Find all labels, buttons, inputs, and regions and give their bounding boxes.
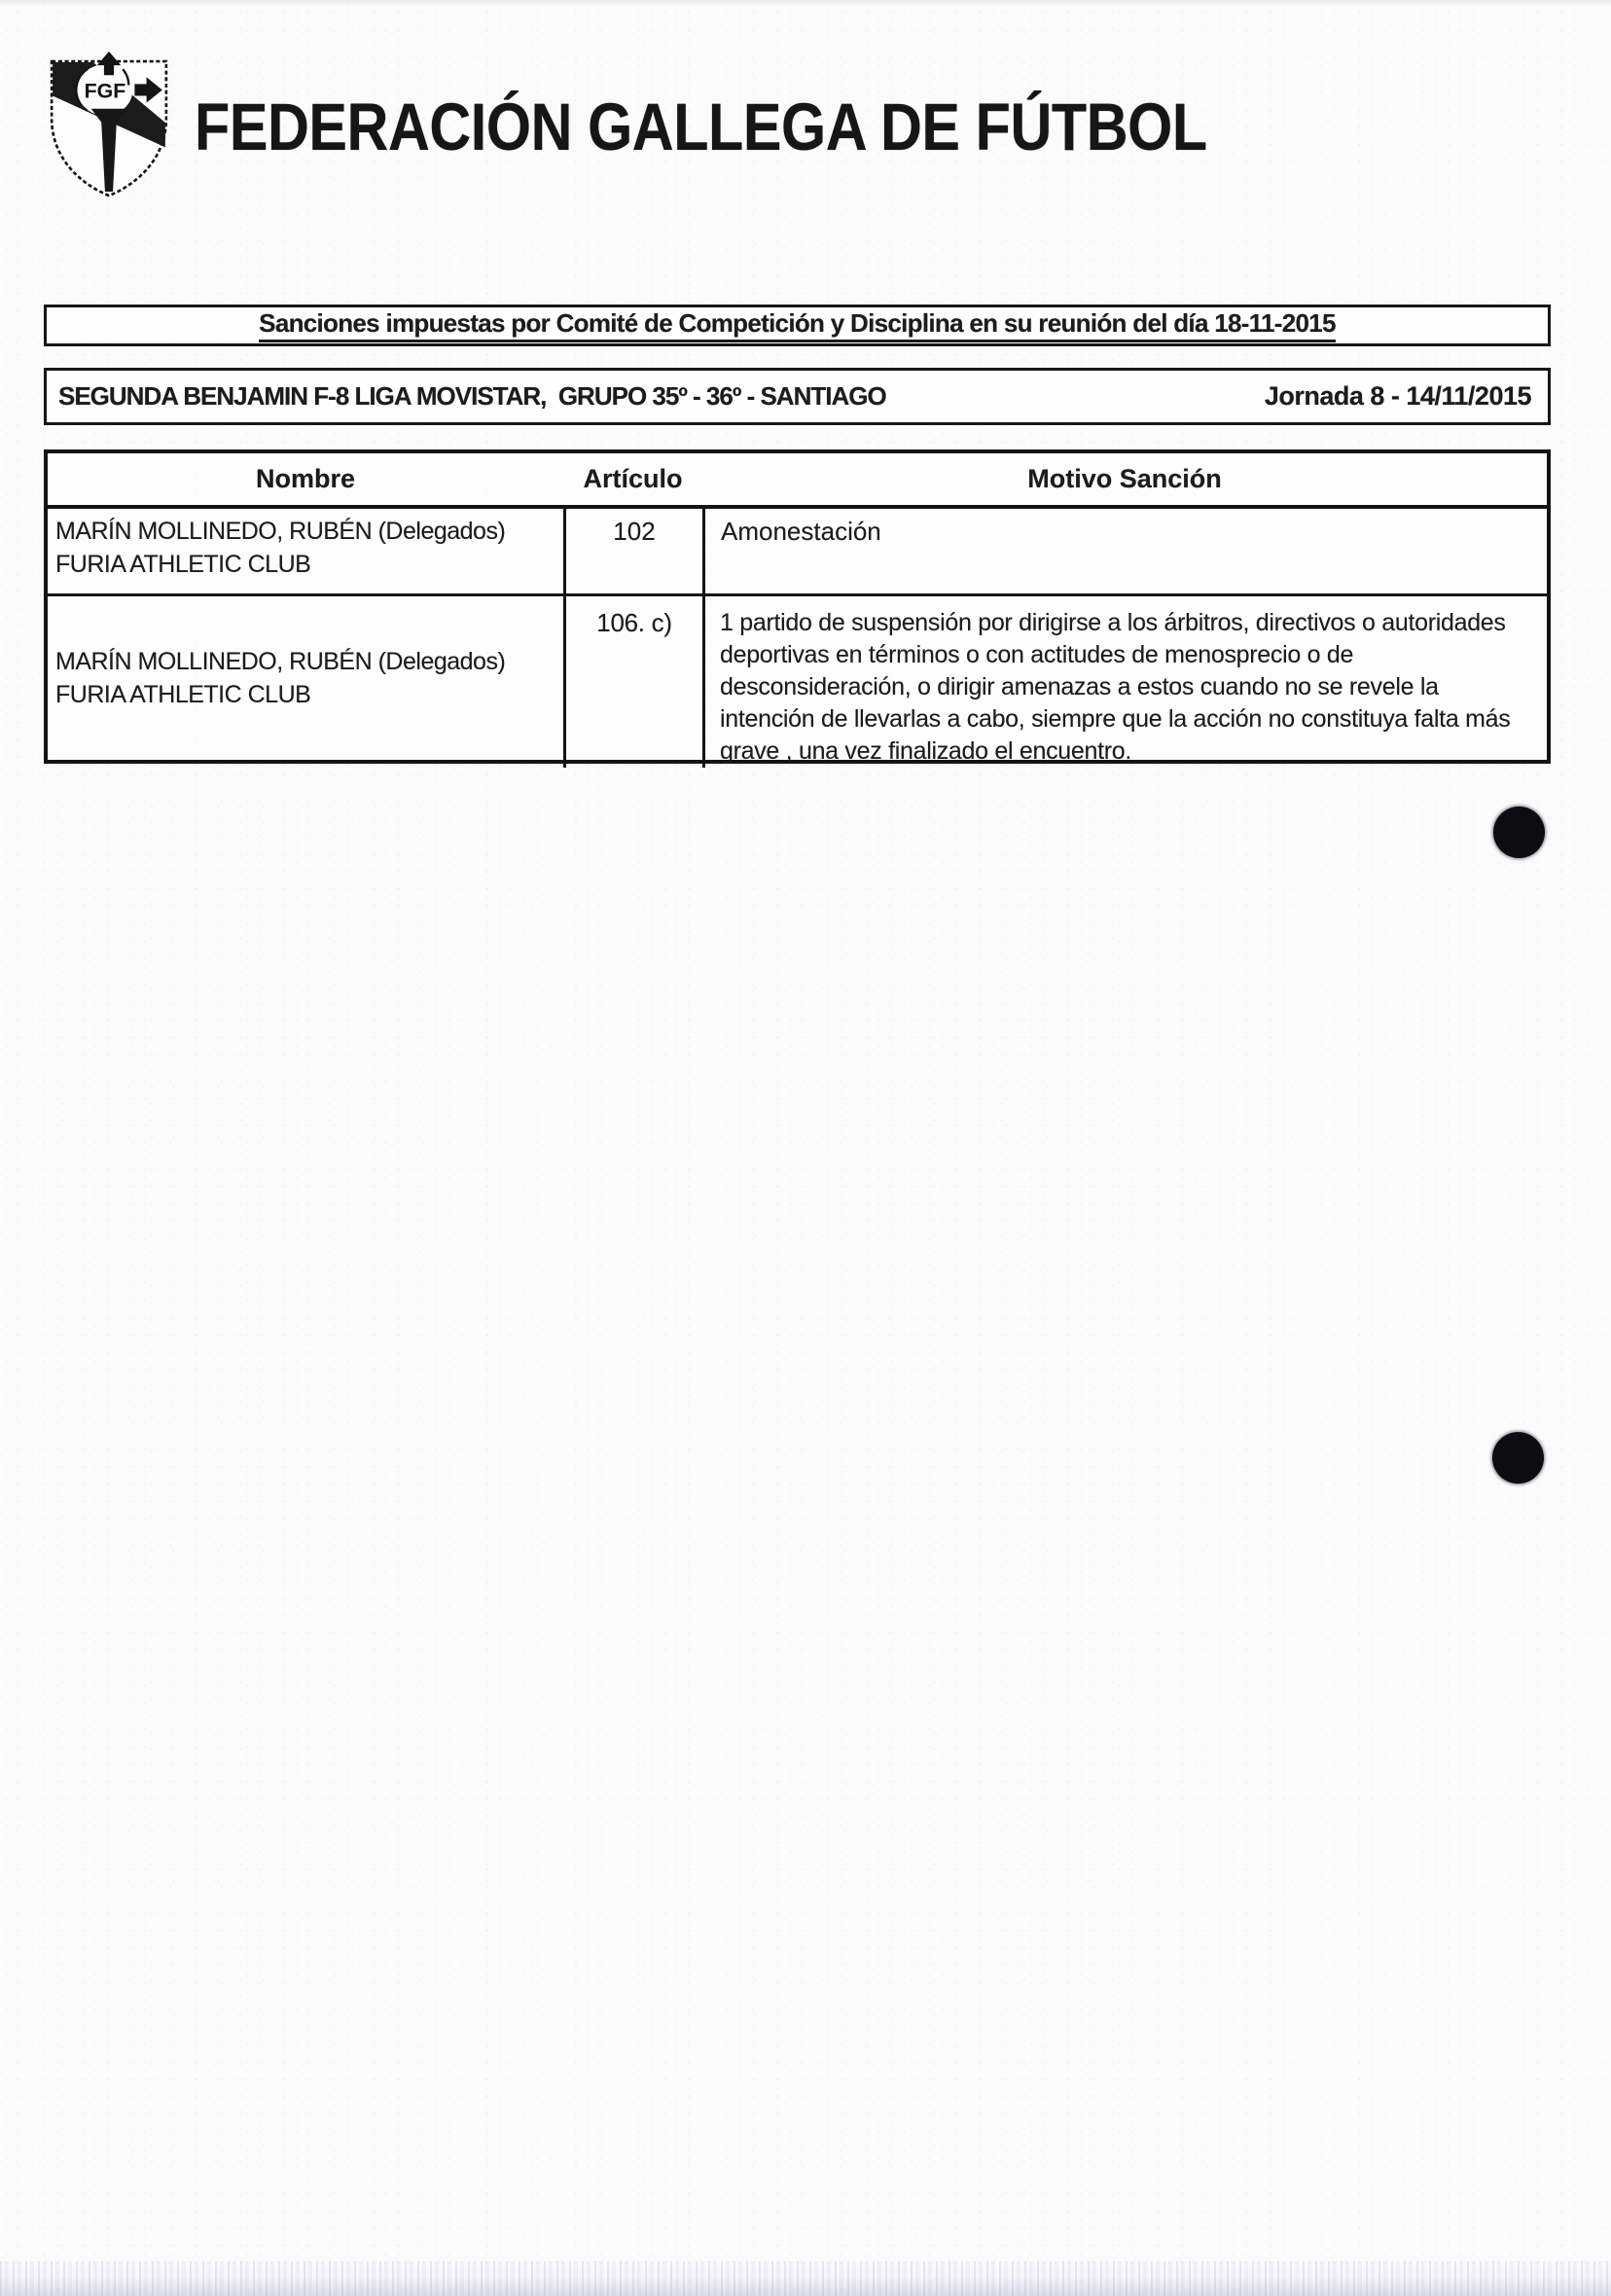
scanned-document-page: FGF FEDERACIÓN GALLEGA DE FÚTBOL Sancion…	[0, 0, 1611, 2296]
sanctions-table: Nombre Artículo Motivo Sanción MARÍN MOL…	[44, 449, 1551, 764]
sanctions-title: Sanciones impuestas por Comité de Compet…	[259, 308, 1336, 342]
table-row: MARÍN MOLLINEDO, RUBÉN (Delegados) FURIA…	[48, 593, 1547, 764]
sanctions-title-bar: Sanciones impuestas por Comité de Compet…	[44, 305, 1551, 346]
federation-name: FEDERACIÓN GALLEGA DE FÚTBOL	[195, 93, 1207, 161]
monogram-text: FGF	[85, 80, 126, 103]
cell-motivo: 1 partido de suspensión por dirigirse a …	[702, 596, 1547, 768]
cell-articulo: 102	[563, 509, 702, 593]
competition-bar: SEGUNDA BENJAMIN F-8 LIGA MOVISTAR, GRUP…	[44, 368, 1551, 425]
jornada-label: Jornada 8 - 14/11/2015	[1265, 381, 1531, 412]
column-header-motivo: Motivo Sanción	[702, 464, 1547, 494]
punch-hole-mark	[1493, 807, 1545, 858]
cell-nombre: MARÍN MOLLINEDO, RUBÉN (Delegados) FURIA…	[48, 596, 563, 768]
scan-noise-strip	[0, 2261, 1611, 2296]
person-name: MARÍN MOLLINEDO, RUBÉN (Delegados)	[55, 515, 561, 548]
table-row: MARÍN MOLLINEDO, RUBÉN (Delegados) FURIA…	[48, 509, 1547, 593]
person-name: MARÍN MOLLINEDO, RUBÉN (Delegados)	[55, 645, 561, 678]
club-name: FURIA ATHLETIC CLUB	[55, 548, 561, 581]
club-name: FURIA ATHLETIC CLUB	[55, 678, 561, 711]
cell-articulo: 106. c)	[563, 596, 702, 768]
column-header-articulo: Artículo	[563, 464, 702, 494]
fgf-shield-logo: FGF	[44, 51, 174, 198]
punch-hole-mark	[1492, 1432, 1544, 1484]
table-header-row: Nombre Artículo Motivo Sanción	[48, 453, 1547, 509]
column-header-nombre: Nombre	[48, 464, 563, 494]
cell-motivo: Amonestación	[702, 509, 1547, 593]
competition-name: SEGUNDA BENJAMIN F-8 LIGA MOVISTAR, GRUP…	[58, 381, 886, 412]
cell-nombre: MARÍN MOLLINEDO, RUBÉN (Delegados) FURIA…	[48, 509, 563, 593]
